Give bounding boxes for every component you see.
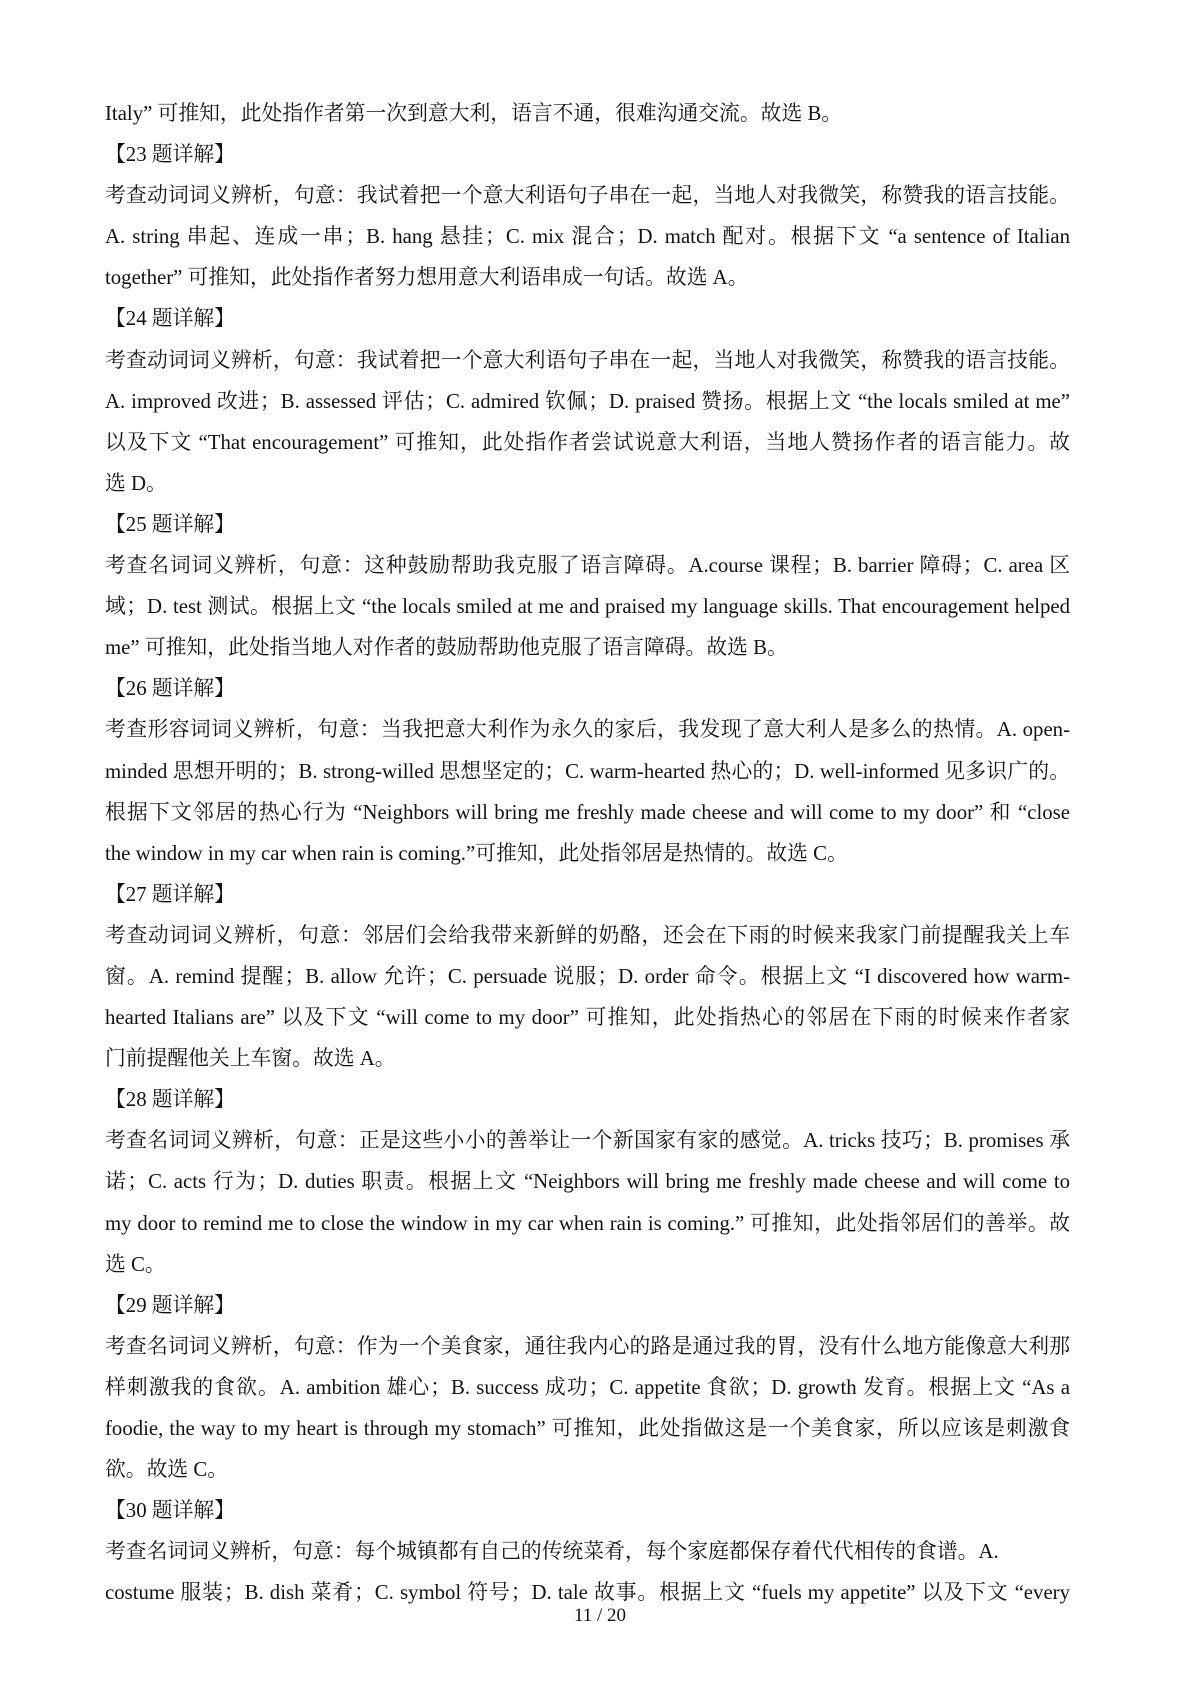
body-line: A. improved 改进；B. assessed 评估；C. admired… [105, 381, 1070, 422]
body-line: Italy” 可推知，此处指作者第一次到意大利，语言不通，很难沟通交流。故选 B… [105, 93, 1070, 134]
body-line: the window in my car when rain is coming… [105, 833, 1070, 874]
body-line: my door to remind me to close the window… [105, 1203, 1070, 1244]
document-page: Italy” 可推知，此处指作者第一次到意大利，语言不通，很难沟通交流。故选 B… [0, 0, 1200, 1697]
body-line: hearted Italians are” 以及下文 “will come to… [105, 997, 1070, 1038]
section-heading: 【29 题详解】 [105, 1285, 1070, 1326]
body-line: 选 C。 [105, 1244, 1070, 1285]
section-heading: 【25 题详解】 [105, 504, 1070, 545]
section-heading: 【27 题详解】 [105, 874, 1070, 915]
section-heading: 【26 题详解】 [105, 668, 1070, 709]
body-line: 根据下文邻居的热心行为 “Neighbors will bring me fre… [105, 792, 1070, 833]
body-line: minded 思想开明的；B. strong-willed 思想坚定的；C. w… [105, 751, 1070, 792]
body-line: 考查名词词义辨析，句意：作为一个美食家，通往我内心的路是通过我的胃，没有什么地方… [105, 1326, 1070, 1367]
answer-explanations-text: Italy” 可推知，此处指作者第一次到意大利，语言不通，很难沟通交流。故选 B… [105, 93, 1070, 1613]
body-line: 考查形容词词义辨析，句意：当我把意大利作为永久的家后，我发现了意大利人是多么的热… [105, 709, 1070, 750]
page-number: 11 / 20 [0, 1601, 1200, 1631]
body-line: 样刺激我的食欲。A. ambition 雄心；B. success 成功；C. … [105, 1367, 1070, 1408]
body-line: 考查动词词义辨析，句意：我试着把一个意大利语句子串在一起，当地人对我微笑，称赞我… [105, 175, 1070, 216]
body-line: 考查名词词义辨析，句意：这种鼓励帮助我克服了语言障碍。A.course 课程；B… [105, 545, 1070, 586]
body-line: 考查名词词义辨析，句意：正是这些小小的善举让一个新国家有家的感觉。A. tric… [105, 1120, 1070, 1161]
body-line: 考查名词词义辨析，句意：每个城镇都有自己的传统菜肴，每个家庭都保存着代代相传的食… [105, 1531, 1070, 1572]
body-line: 窗。A. remind 提醒；B. allow 允许；C. persuade 说… [105, 956, 1070, 997]
section-heading: 【24 题详解】 [105, 298, 1070, 339]
section-heading: 【23 题详解】 [105, 134, 1070, 175]
body-line: together” 可推知，此处指作者努力想用意大利语串成一句话。故选 A。 [105, 257, 1070, 298]
body-line: 考查动词词义辨析，句意：邻居们会给我带来新鲜的奶酪，还会在下雨的时候来我家门前提… [105, 915, 1070, 956]
body-line: 选 D。 [105, 463, 1070, 504]
body-line: A. string 串起、连成一串；B. hang 悬挂；C. mix 混合；D… [105, 216, 1070, 257]
section-heading: 【30 题详解】 [105, 1490, 1070, 1531]
body-line: 诺；C. acts 行为；D. duties 职责。根据上文 “Neighbor… [105, 1161, 1070, 1202]
body-line: 以及下文 “That encouragement” 可推知，此处指作者尝试说意大… [105, 422, 1070, 463]
body-line: 域；D. test 测试。根据上文 “the locals smiled at … [105, 586, 1070, 627]
body-line: foodie, the way to my heart is through m… [105, 1408, 1070, 1449]
body-line: 考查动词词义辨析，句意：我试着把一个意大利语句子串在一起，当地人对我微笑，称赞我… [105, 340, 1070, 381]
body-line: me” 可推知，此处指当地人对作者的鼓励帮助他克服了语言障碍。故选 B。 [105, 627, 1070, 668]
body-line: 欲。故选 C。 [105, 1449, 1070, 1490]
section-heading: 【28 题详解】 [105, 1079, 1070, 1120]
body-line: 门前提醒他关上车窗。故选 A。 [105, 1038, 1070, 1079]
